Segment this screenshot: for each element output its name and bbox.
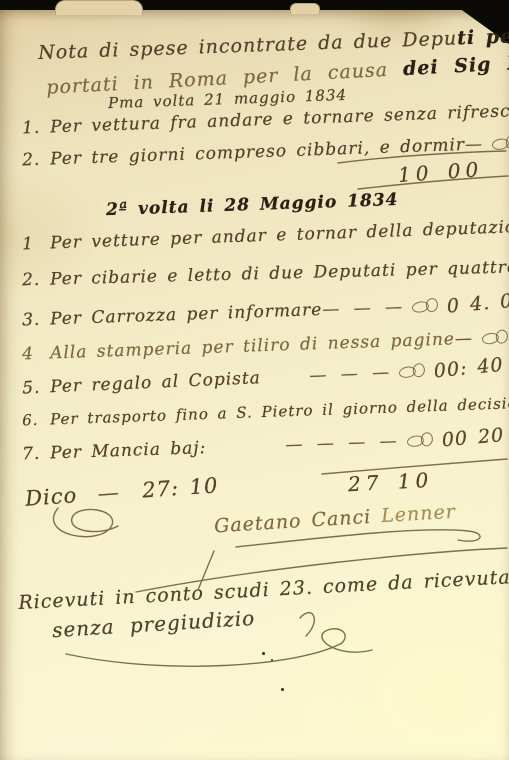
- ink-speck: [271, 659, 273, 661]
- flourish-icon: [399, 363, 428, 377]
- paper-edge-bump: [290, 3, 320, 14]
- flourish-icon: [412, 298, 440, 312]
- dash-run: —: [465, 134, 486, 155]
- section2-total: 27 10: [347, 468, 433, 496]
- item-number: 3.: [22, 309, 51, 330]
- dico-dash: —: [97, 480, 123, 506]
- flourish-icon: [406, 432, 434, 446]
- item-number: 2.: [22, 149, 51, 170]
- ink-speck: [262, 652, 265, 655]
- item-number: 5.: [22, 377, 51, 398]
- item-number: 1.: [22, 117, 51, 138]
- item-tail: — 00: 50: [454, 323, 509, 350]
- dash-run: — — — —: [285, 431, 400, 455]
- item-number: 6.: [22, 410, 51, 429]
- dash-run: —: [455, 329, 476, 350]
- item-amount: 0 4. 00: [446, 289, 509, 318]
- dash-run: — — —: [309, 362, 393, 386]
- item-number: 4: [22, 343, 51, 364]
- flourish-icon: [492, 135, 509, 149]
- item-amount: 00 20: [441, 424, 505, 451]
- item-tail: — 4: 80: [465, 129, 509, 155]
- ink-speck: [281, 688, 284, 691]
- paper-edge-tab: [55, 0, 143, 15]
- flourish-icon: [482, 329, 509, 343]
- item-number: 1: [22, 233, 51, 254]
- dico-label: Dico: [24, 483, 78, 511]
- item-number: 7.: [22, 443, 51, 464]
- dash-run: — — —: [322, 297, 405, 320]
- manuscript-scan: Nota di spese incontrate da due Deputi p…: [0, 0, 509, 760]
- signature-surname: Lenner: [381, 501, 457, 528]
- item-number: 2.: [22, 270, 51, 291]
